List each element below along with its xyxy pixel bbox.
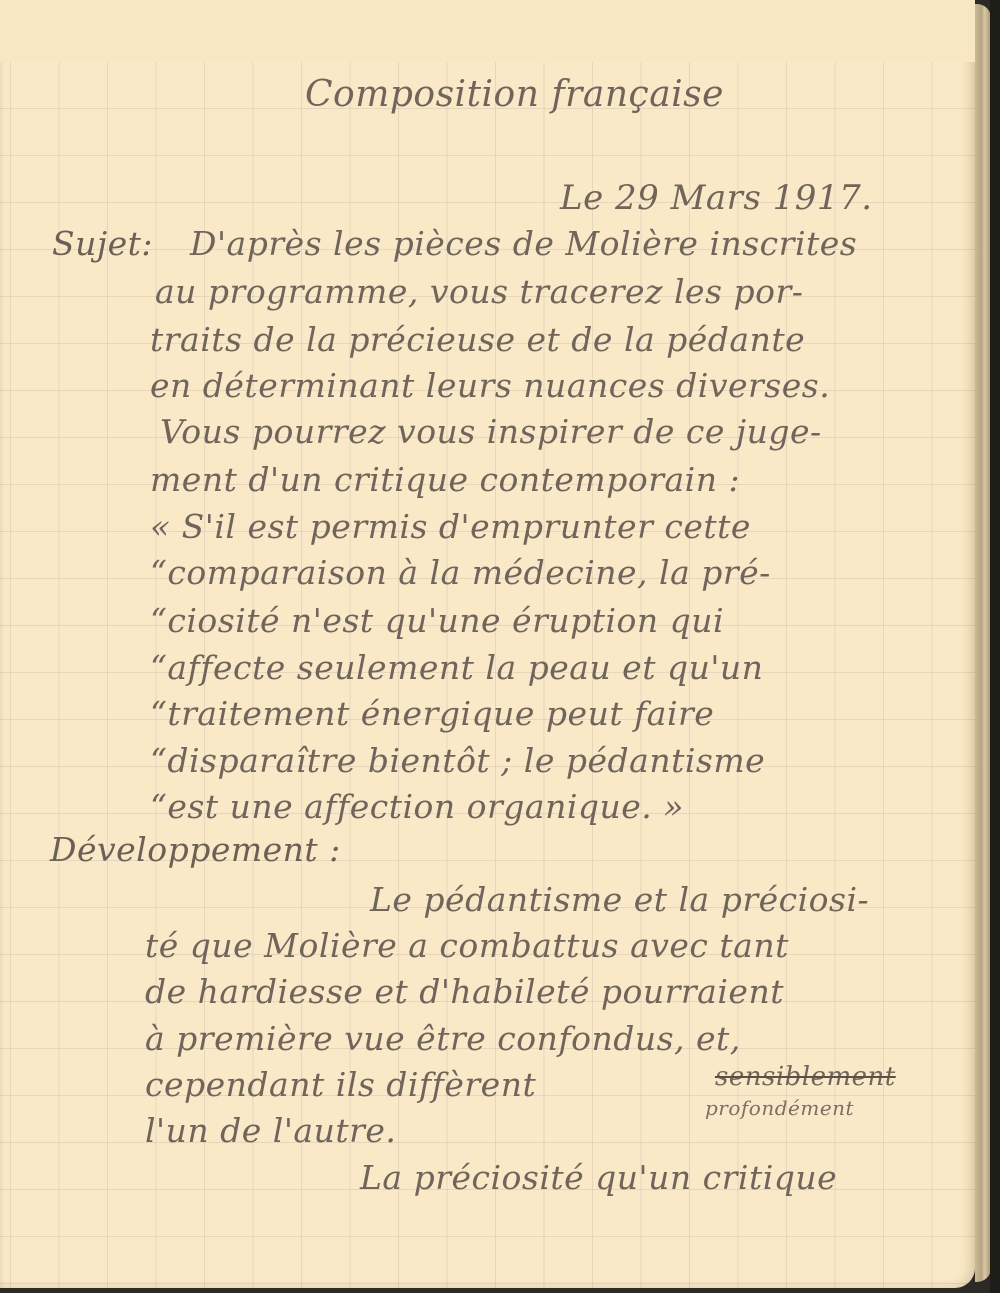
composition-title: Composition française [305, 74, 724, 115]
quote-line: “disparaître bientôt ; le pédantisme [150, 741, 765, 780]
subject-label: Sujet: [52, 224, 153, 263]
quote-line: “ciosité n'est qu'une éruption qui [150, 601, 724, 640]
development-line: té que Molière a combattus avec tant [145, 926, 789, 965]
development-line: à première vue être confondus, et, [145, 1019, 741, 1058]
struck-out-word: sensiblement [715, 1062, 896, 1092]
quote-line: “affecte seulement la peau et qu'un [150, 648, 763, 687]
subject-line: Vous pourrez vous inspirer de ce juge- [160, 412, 822, 451]
subject-line: ment d'un critique contemporain : [150, 460, 740, 499]
subject-line: D'après les pièces de Molière inscrites [190, 224, 857, 263]
development-label: Développement : [50, 830, 341, 869]
development-line: de hardiesse et d'habileté pourraient [145, 972, 784, 1011]
development-line: l'un de l'autre. [145, 1111, 396, 1150]
subject-line: en déterminant leurs nuances diverses. [150, 366, 830, 405]
development-line: Le pédantisme et la préciosi- [370, 880, 869, 919]
subject-line: traits de la précieuse et de la pédante [150, 320, 805, 359]
quote-line: “traitement énergique peut faire [150, 694, 714, 733]
notebook-spine [990, 0, 1000, 1293]
composition-date: Le 29 Mars 1917. [560, 178, 873, 218]
notebook-page: Composition française Le 29 Mars 1917. S… [0, 0, 975, 1288]
correction-word: profondément [705, 1096, 854, 1120]
quote-line: “comparaison à la médecine, la pré- [150, 553, 771, 592]
quote-line: « S'il est permis d'emprunter cette [150, 507, 751, 546]
quote-line: “est une affection organique. » [150, 787, 684, 826]
subject-line: au programme, vous tracerez les por- [155, 272, 803, 311]
development-line: cependant ils diffèrent [145, 1065, 536, 1104]
page-top-margin [0, 0, 975, 62]
page-stack-edge [975, 4, 991, 1282]
development-line: La préciosité qu'un critique [360, 1158, 837, 1197]
